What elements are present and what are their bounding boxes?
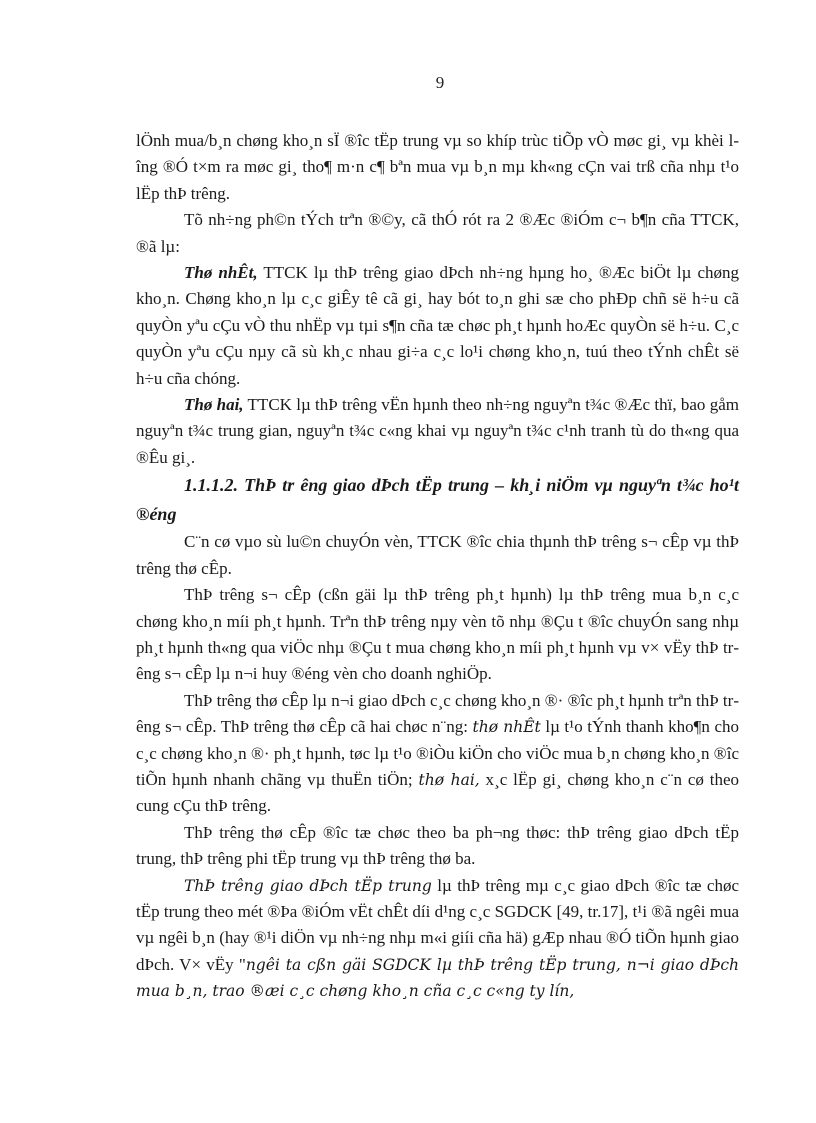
paragraph-secondary-organization: ThÞ tr­êng thø cÊp ®­îc tæ chøc theo ba … [136,820,739,873]
paragraph-continuation: lÖnh mua/b¸n chøng kho¸n sÏ ®­îc tËp tru… [136,128,739,207]
run-in-label-second: Thø hai, [184,395,244,414]
italic-term-second: thø hai, [419,771,480,789]
section-heading: 1.1.1.2. ThÞ tr­ êng giao dÞch tËp trung… [136,471,739,529]
paragraph-secondary-market: ThÞ tr­êng thø cÊp lµ n¬i giao dÞch c¸c … [136,688,739,820]
document-page: 9 lÖnh mua/b¸n chøng kho¸n sÏ ®­îc tËp t… [0,0,816,1123]
document-body: lÖnh mua/b¸n chøng kho¸n sÏ ®­îc tËp tru… [136,128,739,1005]
paragraph-primary-market: ThÞ tr­êng s¬ cÊp (cßn gäi lµ thÞ tr­êng… [136,582,739,688]
paragraph-centralized-market: ThÞ tr­êng giao dÞch tËp trung lµ thÞ tr… [136,873,739,1005]
run-in-label-first: Thø nhÊt, [184,263,258,282]
paragraph-first-feature: Thø nhÊt, TTCK lµ thÞ tr­êng giao dÞch n… [136,260,739,392]
italic-term-first: thø nhÊt [473,718,541,736]
paragraph-second-feature: Thø hai, TTCK lµ thÞ tr­êng vËn hµnh the… [136,392,739,471]
paragraph-summary-intro: Tõ nh÷ng ph©n tÝch trªn ®©y, cã thÓ rót … [136,207,739,260]
page-number: 9 [0,73,816,93]
paragraph-market-division: C¨n cø vµo sù lu©n chuyÓn vèn, TTCK ®­îc… [136,529,739,582]
italic-term-centralized-market: ThÞ tr­êng giao dÞch tËp trung [184,877,432,895]
